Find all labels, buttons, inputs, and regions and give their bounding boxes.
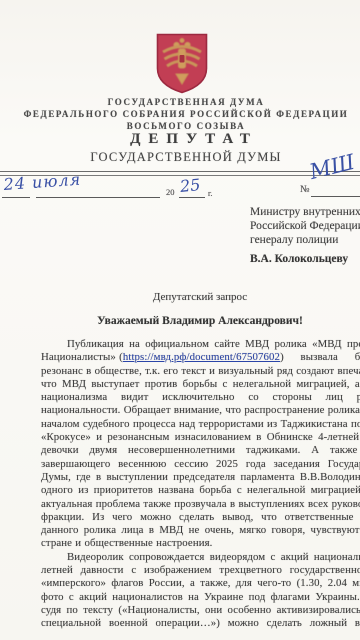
body-line: Видеоролик сопровождается видеорядом с а… [41,551,360,564]
month-blank-line [36,197,160,198]
russia-coat-of-arms-icon [155,32,209,94]
handwritten-date: 24 июля [3,170,82,194]
link-suffix: ) вызвала бол [280,351,360,363]
body-line: что МВД выступает против борьбы с нелега… [41,378,360,391]
addressee-name: В.А. Колокольцеву [250,252,348,266]
org-name-line2: ФЕДЕРАЛЬНОГО СОБРАНИЯ РОССИЙСКОЙ ФЕДЕРАЦ… [10,108,360,120]
handwritten-year: 25 [179,175,201,196]
body-line: завершающего весеннюю сессию 2025 года з… [41,458,360,471]
addressee-line1: Министру внутренних [250,205,360,219]
org-name-line1: ГОСУДАРСТВЕННАЯ ДУМА [10,96,360,108]
body-line: началом судебного процесса над террорист… [41,418,360,431]
addressee-line2: Российской Федерации [250,219,360,233]
letter-photo: ГОСУДАРСТВЕННАЯ ДУМА ФЕДЕРАЛЬНОГО СОБРАН… [0,0,360,640]
link-prefix: Националисты» ( [41,351,123,363]
body-line: Думы, где в выступлении председателя пар… [41,471,360,484]
body-line: «Крокусе» и резонансным изнасилованием в… [41,431,360,444]
deputy-title: ДЕПУТАТ [10,131,360,148]
date-blank-line [2,197,30,198]
body-line: «имперского» флагов России, а также, для… [41,577,360,590]
body-line: специальной военной операции…») можно сд… [41,617,360,630]
body-line: национализма видит исключительно со стор… [41,391,360,404]
mvd-video-link[interactable]: https://мвд.рф/document/67507602 [123,351,280,363]
body-line: судя по тексту («Националисты, они особе… [41,604,360,617]
body-line: фото с акций националистов на Украине по… [41,591,360,604]
body-line: резонанс в обществе, т.к. его текст и ви… [41,365,360,378]
number-blank-line [311,196,360,197]
body-line: летней давности с изображением трехцветн… [41,564,360,577]
body-line: стране и общественные настроения. [41,537,360,550]
number-sign: № [300,184,310,195]
body-line: актуальная проблема также прозвучала в в… [41,498,360,511]
letter-body: Публикация на официальном сайте МВД роли… [41,338,360,631]
year-blank-line [179,197,205,198]
salutation: Уважаемый Владимир Александрович! [40,315,360,327]
body-line-with-link: Националисты» (https://мвд.рф/document/6… [41,351,360,364]
addressee-line3: генералу полиции [250,233,338,247]
printed-year-suffix: г. [208,189,212,198]
body-line: данного ролика лица в МВД не очень, мягк… [41,524,360,537]
body-line: национальности. Обращает внимание, что р… [41,404,360,417]
printed-year-prefix: 20 [166,187,175,197]
body-line: девочки двумя несовершеннолетними таджик… [41,444,360,457]
body-line: Публикация на официальном сайте МВД роли… [41,338,360,351]
body-line: одного из приоритетов названа борьба с н… [41,484,360,497]
body-line: фракции. Из чего можно сделать вывод, чт… [41,511,360,524]
document-subject: Депутатский запрос [40,291,360,303]
